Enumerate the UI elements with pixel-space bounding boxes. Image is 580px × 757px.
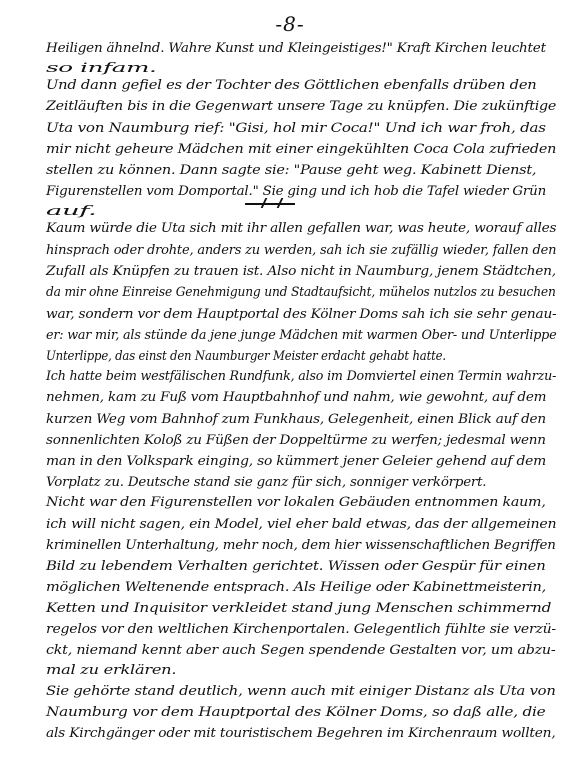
handwritten-line: Nicht war den Figurenstellen vor lokalen… — [46, 494, 546, 512]
handwritten-line: regelos vor den weltlichen Kirchenportal… — [46, 621, 556, 639]
handwritten-line: sonnenlichten Koloß zu Füßen der Doppelt… — [46, 432, 546, 450]
handwritten-line: nehmen, kam zu Fuß vom Hauptbahnhof und … — [46, 389, 546, 407]
handwritten-line: Heiligen ähnelnd. Wahre Kunst und Kleing… — [46, 40, 546, 58]
handwritten-line: ich will nicht sagen, ein Model, viel eh… — [46, 516, 556, 534]
handwritten-line: war, sondern vor dem Hauptportal des Köl… — [46, 306, 556, 324]
handwritten-line: Zeitläuften bis in die Gegenwart unsere … — [46, 98, 556, 116]
handwritten-line: hinsprach oder drohte, anders zu werden,… — [46, 242, 556, 260]
handwritten-line: Zufall als Knüpfen zu trauen ist. Also n… — [46, 263, 556, 281]
handwritten-line: Kaum würde die Uta sich mit ihr allen ge… — [46, 220, 556, 238]
handwritten-line: so infam. — [46, 60, 156, 78]
handwritten-line: Und dann gefiel es der Tochter des Göttl… — [46, 77, 537, 95]
handwritten-line: mir nicht geheure Mädchen mit einer eing… — [46, 141, 556, 159]
handwritten-line: Naumburg vor dem Hauptportal des Kölner … — [46, 704, 545, 722]
handwritten-line: Uta von Naumburg rief: "Gisi, hol mir Co… — [46, 120, 546, 138]
handwritten-line: mal zu erklären. — [46, 662, 176, 680]
handwritten-line: man in den Volkspark einging, so kümmert… — [46, 453, 546, 471]
handwritten-line: Figurenstellen vom Domportal." Sie ging … — [46, 183, 546, 201]
handwritten-line: Sie gehörte stand deutlich, wenn auch mi… — [46, 683, 556, 701]
handwritten-line: stellen zu können. Dann sagte sie: "Paus… — [46, 162, 536, 180]
section-divider-mark — [245, 203, 295, 205]
handwritten-line: da mir ohne Einreise Genehmigung und Sta… — [46, 284, 556, 302]
page-number: -8- — [0, 12, 580, 36]
manuscript-page: -8- Heiligen ähnelnd. Wahre Kunst und Kl… — [0, 0, 580, 757]
handwritten-line: kurzen Weg vom Bahnhof zum Funkhaus, Gel… — [46, 411, 546, 429]
handwritten-line: Ketten und Inquisitor verkleidet stand j… — [46, 600, 551, 618]
handwritten-line: kriminellen Unterhaltung, mehr noch, dem… — [46, 537, 556, 555]
handwritten-line: Ich hatte beim westfälischen Rundfunk, a… — [46, 368, 556, 386]
handwritten-line: Unterlippe, das einst den Naumburger Mei… — [46, 348, 446, 366]
handwritten-line: er: war mir, als stünde da jene junge Mä… — [46, 327, 556, 345]
handwritten-line: ckt, niemand kennt aber auch Segen spend… — [46, 642, 555, 660]
handwritten-line: Bild zu lebendem Verhalten gerichtet. Wi… — [46, 558, 546, 576]
handwritten-line: als Kirchgänger oder mit touristischem B… — [46, 725, 556, 743]
handwritten-line: auf. — [46, 203, 96, 221]
handwritten-line: möglichen Weltenende entsprach. Als Heil… — [46, 579, 546, 597]
handwritten-line: Vorplatz zu. Deutsche stand sie ganz für… — [46, 474, 486, 492]
